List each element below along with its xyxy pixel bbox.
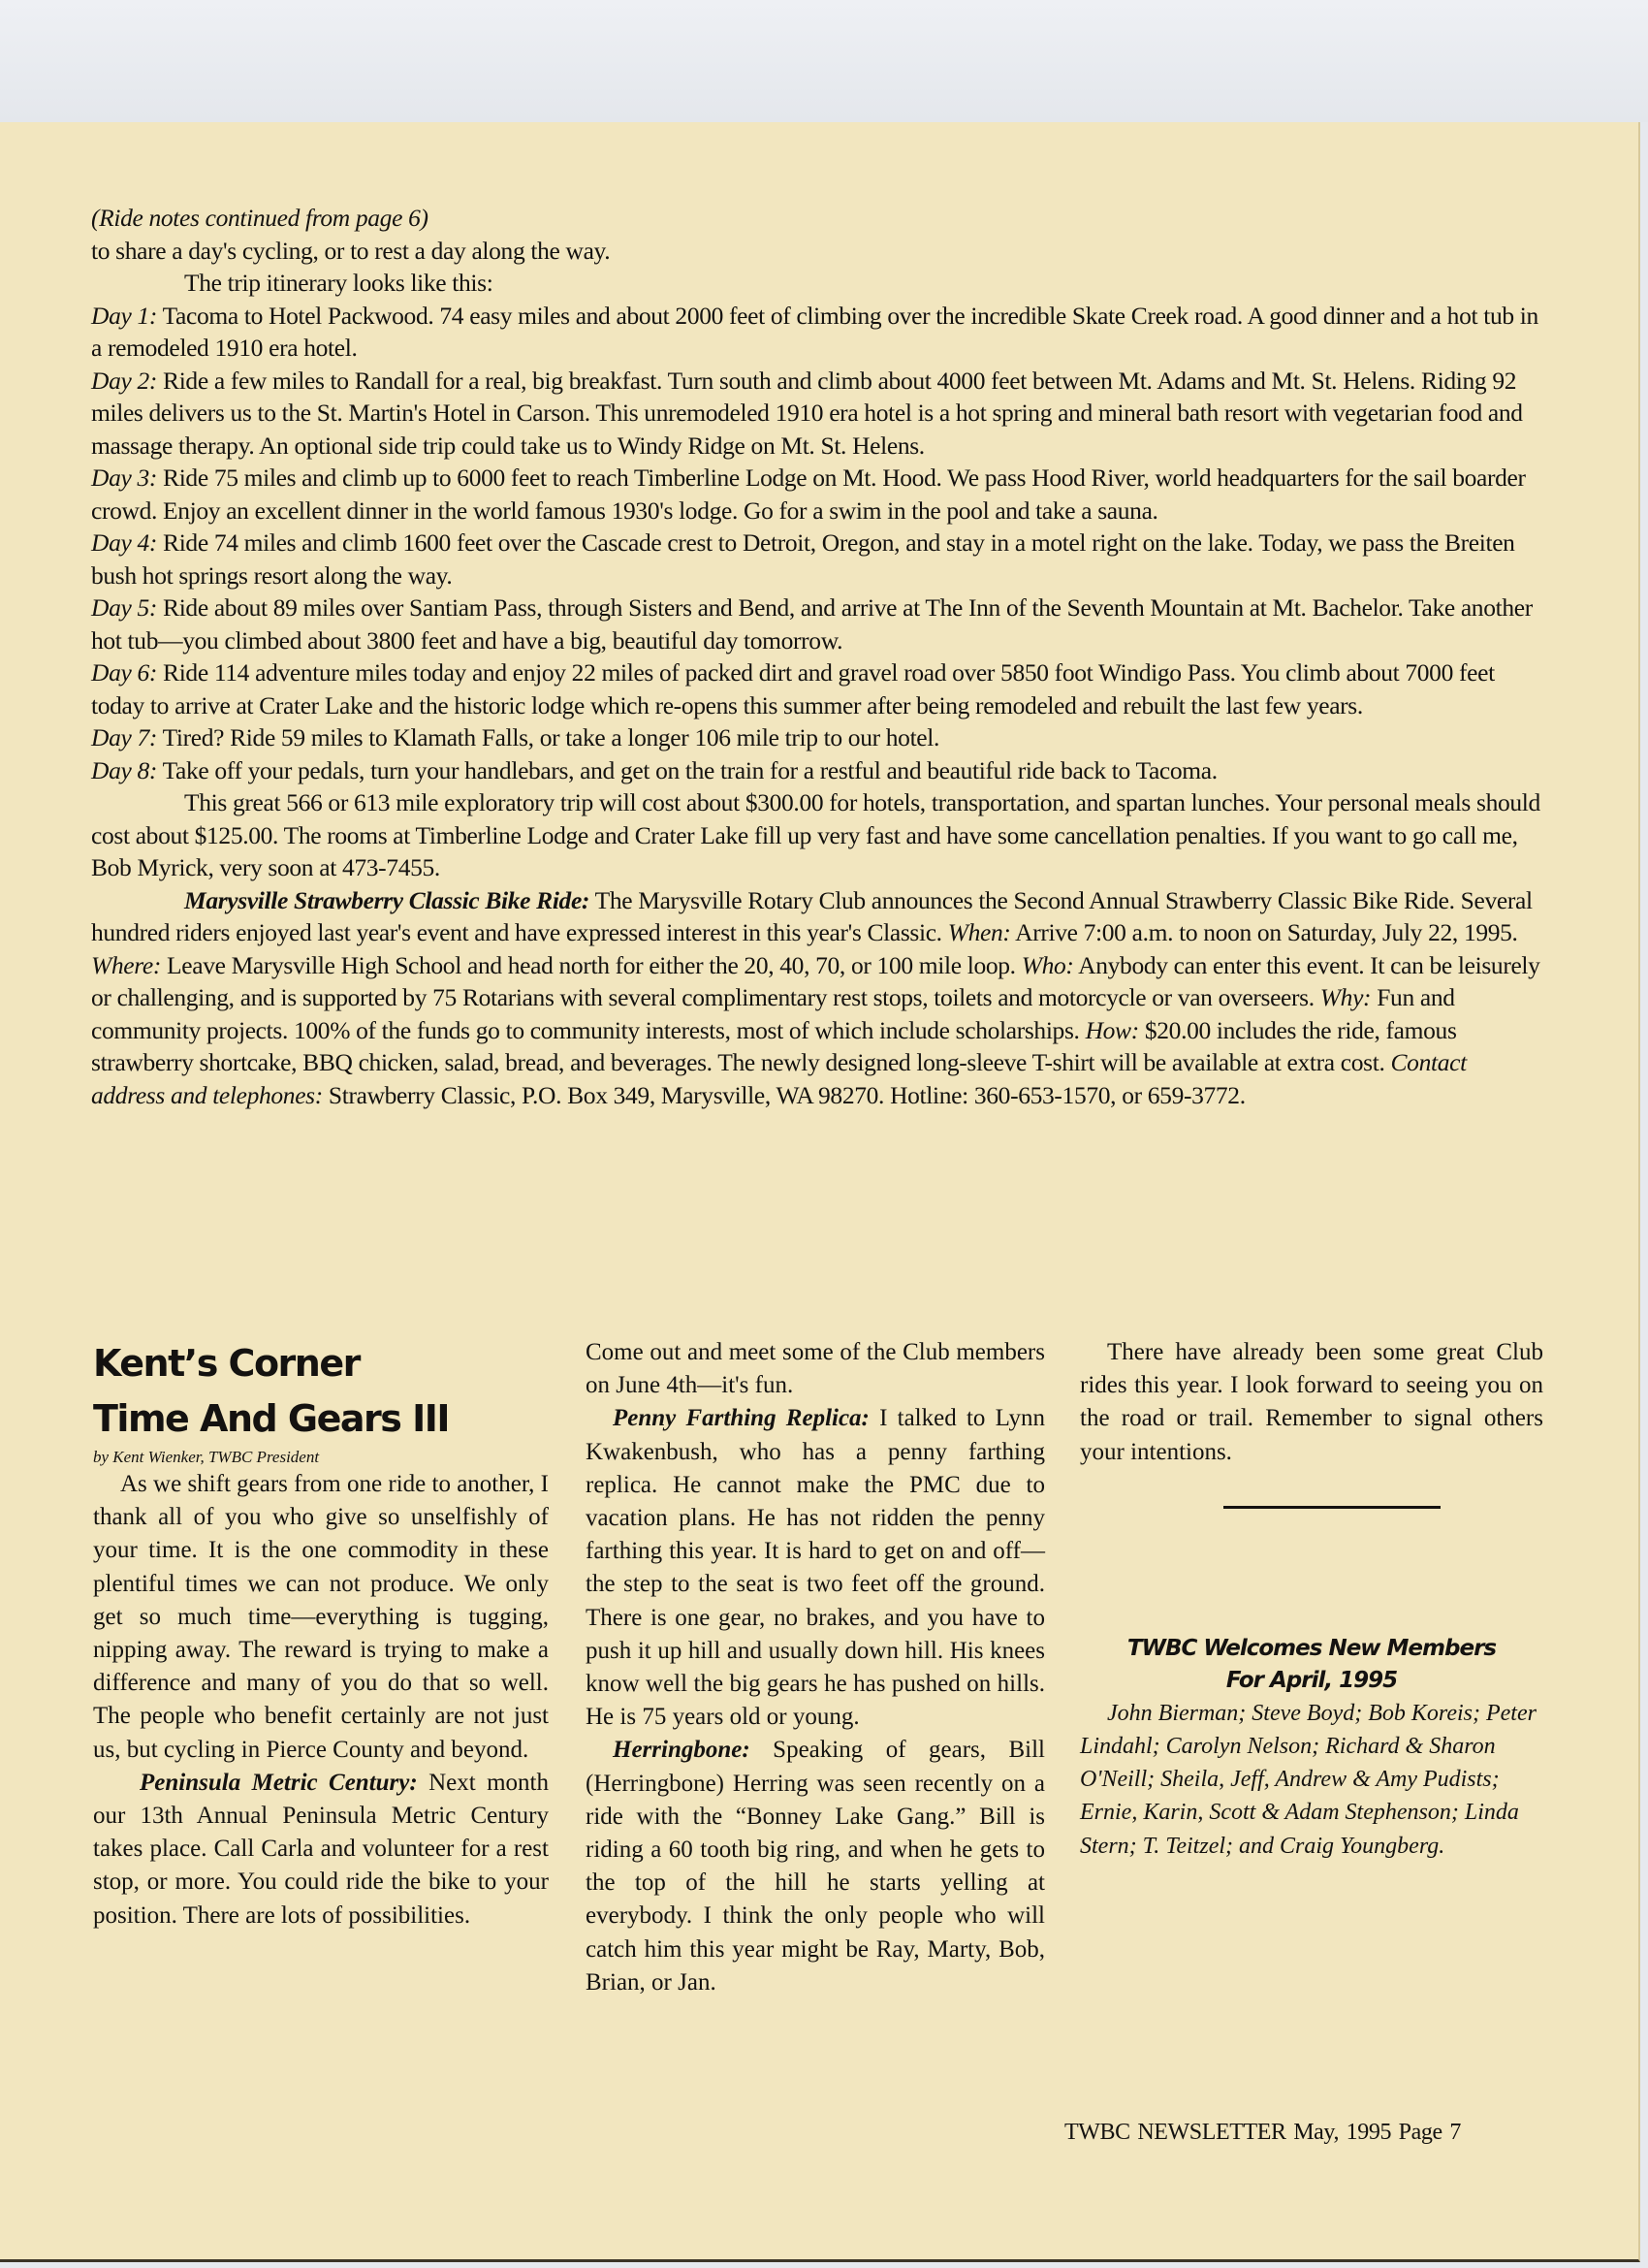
new-members-title-line-1: TWBC Welcomes New Members: [1080, 1633, 1543, 1665]
pmc-label: Peninsula Metric Century:: [140, 1770, 418, 1796]
day-text: Ride 114 adventure miles today and enjoy…: [91, 658, 1495, 719]
new-members-list: John Bierman; Steve Boyd; Bob Koreis; Pe…: [1080, 1697, 1543, 1863]
kents-corner-column-2-content: Come out and meet some of the Club membe…: [586, 1336, 1045, 1999]
intro-line: to share a day's cycling, or to rest a d…: [91, 235, 1545, 268]
itinerary-day-5: Day 5: Ride about 89 miles over Santiam …: [91, 591, 1545, 656]
how-label: How:: [1086, 1016, 1139, 1044]
pmc-paragraph: Peninsula Metric Century: Next month our…: [93, 1767, 549, 1933]
kents-corner-column-3: There have already been some great Club …: [1080, 1336, 1543, 1863]
page-footer: TWBC NEWSLETTER May, 1995 Page 7: [1064, 2120, 1461, 2146]
itinerary-day-8: Day 8: Take off your pedals, turn your h…: [91, 754, 1545, 787]
cost-paragraph: This great 566 or 613 mile exploratory t…: [91, 786, 1545, 884]
itinerary-day-2: Day 2: Ride a few miles to Randall for a…: [91, 365, 1545, 463]
ride-notes-article: (Ride notes continued from page 6) to sh…: [91, 202, 1545, 1111]
itinerary-day-1: Day 1: Tacoma to Hotel Packwood. 74 easy…: [91, 300, 1545, 365]
who-label: Who:: [1022, 951, 1074, 979]
herring-text: Speaking of gears, Bill (Herringbone) He…: [586, 1737, 1045, 1995]
kents-corner-intro: As we shift gears from one ride to anoth…: [93, 1468, 549, 1767]
day-text: Ride a few miles to Randall for a real, …: [91, 367, 1523, 460]
penny-label: Penny Farthing Replica:: [613, 1405, 870, 1431]
day-text: Ride about 89 miles over Santiam Pass, t…: [91, 593, 1533, 655]
day-label: Day 1:: [91, 302, 157, 330]
itinerary-intro: The trip itinerary looks like this:: [91, 267, 1545, 300]
penny-farthing-paragraph: Penny Farthing Replica: I talked to Lynn…: [586, 1402, 1045, 1734]
headline-time-and-gears: Time And Gears III: [93, 1391, 549, 1447]
scanner-background: [0, 0, 1648, 122]
headline-kents-corner: Kent’s Corner: [93, 1336, 549, 1391]
day-label: Day 3:: [91, 463, 157, 492]
kents-corner-column-1: Kent’s Corner Time And Gears III by Kent…: [93, 1336, 549, 1933]
day-label: Day 5:: [91, 593, 157, 622]
why-label: Why:: [1320, 983, 1371, 1011]
day-label: Day 2:: [91, 367, 157, 395]
herring-label: Herringbone:: [613, 1737, 750, 1763]
day-text: Ride 74 miles and climb 1600 feet over t…: [91, 528, 1515, 590]
penny-text: I talked to Lynn Kwakenbush, who has a p…: [586, 1405, 1045, 1730]
marysville-paragraph: Marysville Strawberry Classic Bike Ride:…: [91, 884, 1545, 1112]
continuation-note: (Ride notes continued from page 6): [91, 202, 1545, 235]
contact-text: Strawberry Classic, P.O. Box 349, Marysv…: [323, 1081, 1246, 1109]
day-label: Day 6:: [91, 658, 157, 687]
day-label: Day 4:: [91, 528, 157, 557]
where-text: Leave Marysville High School and head no…: [161, 951, 1022, 979]
pmc-continued: Come out and meet some of the Club membe…: [586, 1336, 1045, 1402]
itinerary-day-3: Day 3: Ride 75 miles and climb up to 600…: [91, 462, 1545, 527]
itinerary-day-7: Day 7: Tired? Ride 59 miles to Klamath F…: [91, 721, 1545, 754]
when-label: When:: [948, 918, 1011, 946]
itinerary-day-4: Day 4: Ride 74 miles and climb 1600 feet…: [91, 527, 1545, 591]
section-divider: [1223, 1506, 1441, 1509]
marysville-title: Marysville Strawberry Classic Bike Ride:: [184, 886, 589, 914]
day-label: Day 8:: [91, 756, 157, 784]
where-label: Where:: [91, 951, 161, 979]
byline: by Kent Wienker, TWBC President: [93, 1447, 549, 1468]
day-text: Tacoma to Hotel Packwood. 74 easy miles …: [91, 302, 1538, 363]
herringbone-paragraph: Herringbone: Speaking of gears, Bill (He…: [586, 1734, 1045, 1999]
day-text: Tired? Ride 59 miles to Klamath Falls, o…: [157, 723, 939, 751]
new-members-title: TWBC Welcomes New Members For April, 199…: [1080, 1633, 1543, 1697]
day-text: Take off your pedals, turn your handleba…: [157, 756, 1218, 784]
new-members-title-line-2: For April, 1995: [1080, 1665, 1543, 1697]
closing-paragraph: There have already been some great Club …: [1080, 1336, 1543, 1469]
when-text: Arrive 7:00 a.m. to noon on Saturday, Ju…: [1011, 918, 1518, 946]
day-label: Day 7:: [91, 723, 157, 751]
day-text: Ride 75 miles and climb up to 6000 feet …: [91, 463, 1526, 525]
itinerary-day-6: Day 6: Ride 114 adventure miles today an…: [91, 656, 1545, 721]
